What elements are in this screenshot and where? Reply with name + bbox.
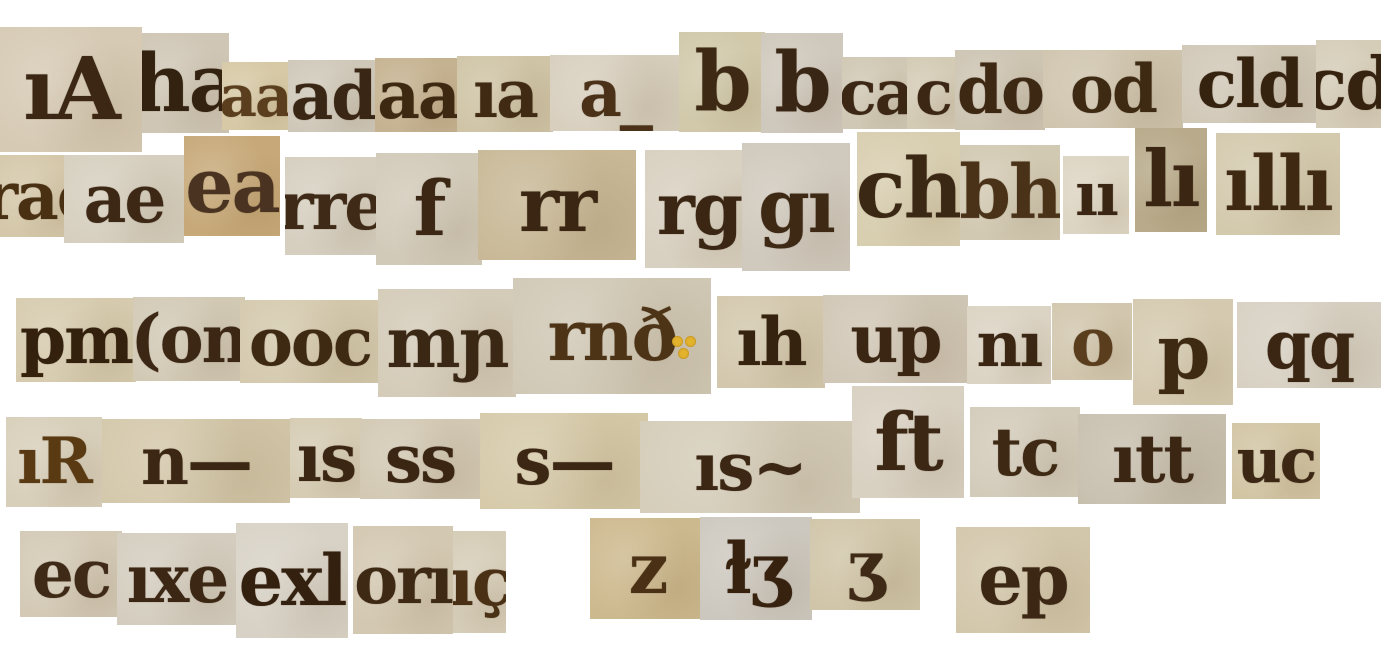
letter-glyphs: c: [915, 62, 951, 124]
letter-specimen-tile: ıR: [6, 417, 102, 507]
letter-specimen-tile: o: [1052, 303, 1132, 380]
letter-specimen-tile: od: [1043, 50, 1183, 128]
letterform-collage: ıAhaaaadaaıaa_bbcacdoodcldcdraeaeearrefr…: [0, 0, 1381, 662]
gold-dot-icon: [672, 336, 683, 347]
letter-glyphs: b: [694, 41, 749, 123]
letter-specimen-tile: ss: [360, 419, 480, 499]
letter-glyphs: ıs: [297, 425, 355, 491]
letter-glyphs: rr: [519, 167, 595, 243]
letter-glyphs: rg: [657, 173, 741, 245]
letter-specimen-tile: rre: [285, 157, 378, 255]
letter-specimen-tile: s—: [480, 413, 648, 509]
letter-glyphs: p: [1157, 314, 1208, 390]
letter-specimen-tile: p: [1133, 299, 1233, 405]
letter-glyphs: up: [850, 306, 940, 372]
letter-glyphs: orı: [354, 547, 452, 613]
letter-specimen-tile: c: [907, 57, 959, 129]
letter-specimen-tile: ad: [288, 60, 378, 132]
letter-glyphs: ɫʒ: [724, 534, 788, 604]
letter-specimen-tile: ıA: [0, 27, 142, 152]
letter-glyphs: ae: [84, 166, 165, 232]
letter-glyphs: cld: [1197, 51, 1302, 117]
letter-glyphs: exl: [239, 546, 346, 616]
letter-specimen-tile: orı: [353, 526, 453, 634]
letter-glyphs: ss: [385, 426, 455, 492]
letter-specimen-tile: ıllı: [1216, 133, 1340, 235]
letter-specimen-tile: aa: [375, 58, 461, 132]
letter-glyphs: pm: [20, 307, 132, 373]
letter-specimen-tile: ch: [857, 132, 960, 246]
letter-glyphs: cd: [1316, 48, 1381, 120]
letter-glyphs: ca: [842, 62, 910, 124]
letter-specimen-tile: ıs: [290, 418, 362, 498]
letter-specimen-tile: ıç: [453, 531, 506, 633]
letter-specimen-tile: exl: [236, 523, 348, 638]
letter-specimen-tile: ıtt: [1078, 414, 1226, 504]
letter-glyphs: o: [1071, 309, 1113, 375]
letter-specimen-tile: ıxe: [117, 533, 237, 625]
letter-glyphs: gı: [758, 170, 834, 244]
letter-specimen-tile: ıı: [1063, 156, 1129, 234]
letter-specimen-tile: nı: [967, 306, 1051, 384]
letter-glyphs: ıı: [1075, 165, 1117, 225]
letter-glyphs: nı: [977, 314, 1042, 376]
letter-specimen-tile: cd: [1316, 40, 1381, 128]
letter-glyphs: ıs~: [694, 434, 806, 500]
letter-specimen-tile: tc: [970, 407, 1080, 497]
letter-glyphs: rnð: [548, 301, 676, 371]
letter-glyphs: ıç: [453, 549, 506, 615]
letter-glyphs: rre: [285, 173, 378, 239]
letter-specimen-tile: f: [376, 153, 482, 265]
letter-glyphs: z: [629, 534, 667, 604]
letter-glyphs: s—: [514, 428, 613, 494]
letter-specimen-tile: bh: [960, 145, 1060, 240]
letter-specimen-tile: ca: [842, 57, 910, 129]
letter-specimen-tile: ae: [64, 155, 184, 243]
letter-specimen-tile: aa: [222, 62, 288, 130]
letter-glyphs: ha: [142, 43, 229, 123]
letter-glyphs: ooc: [249, 309, 371, 375]
letter-glyphs: ıllı: [1224, 146, 1331, 222]
letter-specimen-tile: pm: [16, 298, 136, 382]
letter-specimen-tile: ha: [142, 33, 229, 133]
letter-glyphs: ec: [32, 541, 110, 607]
letter-specimen-tile: ıs~: [640, 421, 860, 513]
letter-specimen-tile: rr: [478, 150, 636, 260]
letter-glyphs: ıh: [736, 309, 805, 375]
letter-specimen-tile: ep: [956, 527, 1090, 633]
letter-glyphs: uc: [1237, 430, 1316, 492]
letter-specimen-tile: ec: [20, 531, 122, 617]
letter-glyphs: a_: [579, 60, 651, 126]
letter-glyphs: ft: [874, 402, 941, 482]
letter-glyphs: f: [414, 171, 445, 247]
letter-glyphs: ʒ: [847, 532, 882, 598]
letter-specimen-tile: (on: [133, 297, 245, 381]
letter-specimen-tile: b: [679, 32, 765, 132]
letter-specimen-tile: gı: [742, 143, 850, 271]
letter-specimen-tile: ft: [852, 386, 964, 498]
letter-specimen-tile: rg: [645, 150, 753, 268]
letter-specimen-tile: cld: [1182, 45, 1317, 123]
letter-specimen-tile: uc: [1232, 423, 1320, 499]
letter-glyphs: aa: [377, 62, 459, 128]
letter-specimen-tile: qq: [1237, 302, 1381, 388]
letter-specimen-tile: z: [590, 518, 705, 619]
gold-dot-icon: [678, 348, 689, 359]
letter-glyphs: ep: [978, 545, 1067, 615]
letter-glyphs: ıtt: [1112, 426, 1192, 492]
letter-specimen-tile: ooc: [240, 300, 380, 383]
letter-specimen-tile: ıa: [457, 56, 553, 132]
letter-specimen-tile: up: [823, 295, 968, 383]
letter-glyphs: od: [1070, 56, 1156, 122]
letter-glyphs: mɲ: [387, 308, 508, 378]
letter-specimen-tile: ʒ: [810, 519, 920, 610]
letter-glyphs: bh: [960, 156, 1060, 230]
letter-glyphs: ea: [185, 148, 279, 224]
letter-glyphs: ıA: [23, 47, 118, 133]
letter-specimen-tile: lı: [1135, 128, 1207, 232]
letter-glyphs: (on: [133, 306, 245, 372]
letter-glyphs: qq: [1265, 312, 1353, 378]
letter-glyphs: ad: [291, 63, 376, 129]
letter-specimen-tile: ıh: [717, 296, 825, 388]
letter-glyphs: tc: [992, 419, 1059, 485]
letter-specimen-tile: a_: [550, 55, 680, 131]
letter-specimen-tile: rnð: [513, 278, 711, 394]
letter-specimen-tile: mɲ: [378, 289, 516, 397]
letter-specimen-tile: ɫʒ: [700, 517, 812, 620]
letter-specimen-tile: ea: [184, 136, 280, 236]
gold-dot-icon: [685, 336, 696, 347]
letter-glyphs: b: [774, 42, 829, 124]
letter-specimen-tile: b: [761, 33, 843, 133]
letter-specimen-tile: n—: [102, 419, 290, 503]
letter-glyphs: ch: [857, 148, 960, 230]
letter-glyphs: ıR: [17, 430, 91, 494]
letter-glyphs: lı: [1143, 141, 1198, 219]
letter-glyphs: do: [957, 57, 1043, 123]
letter-glyphs: n—: [141, 428, 251, 494]
letter-glyphs: aa: [222, 67, 288, 125]
letter-glyphs: ıxe: [127, 546, 227, 612]
letter-glyphs: ıa: [473, 61, 537, 127]
letter-specimen-tile: do: [955, 50, 1045, 130]
